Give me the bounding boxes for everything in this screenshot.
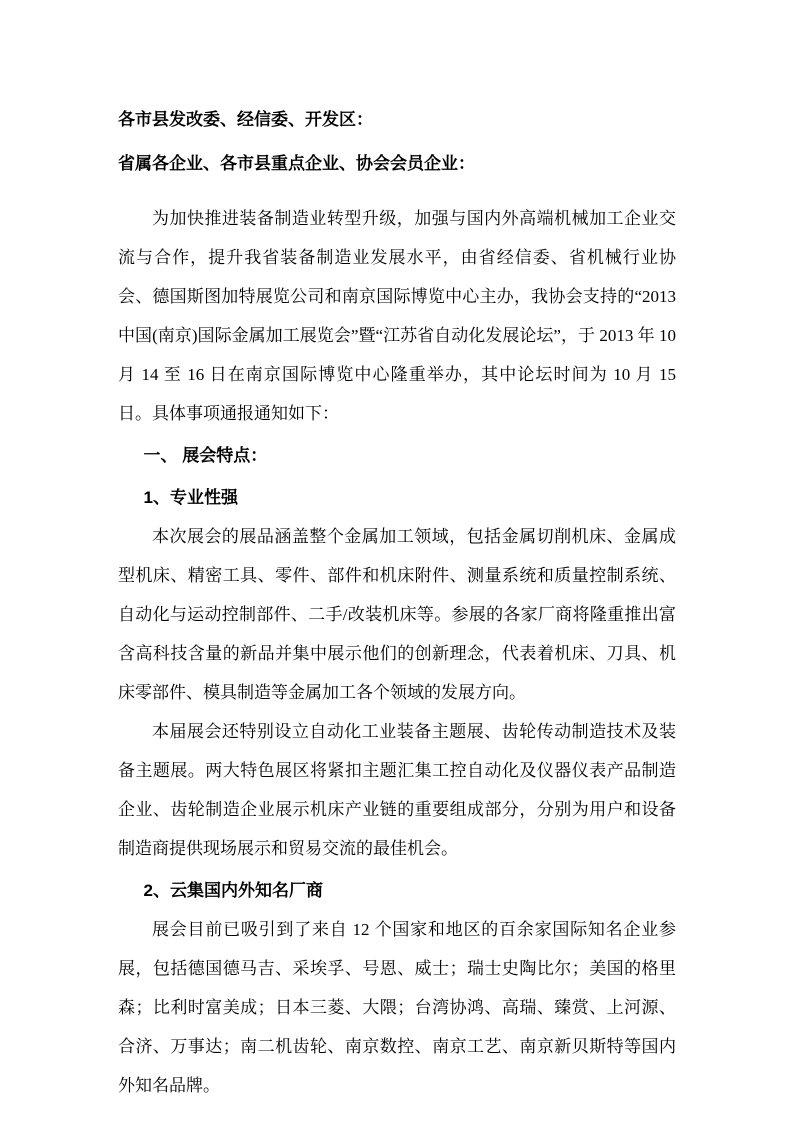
section-heading: 2、云集国内外知名厂商	[118, 871, 676, 910]
body-paragraph: 展会目前已吸引到了来自 12 个国家和地区的百余家国际知名企业参展，包括德国德马…	[118, 910, 676, 1105]
document-page: 各市县发改委、经信委、开发区： 省属各企业、各市县重点企业、协会会员企业： 为加…	[0, 0, 794, 1123]
body-paragraph: 本次展会的展品涵盖整个金属加工领域，包括金属切削机床、金属成型机床、精密工具、零…	[118, 517, 676, 712]
salutation-line-2: 省属各企业、各市县重点企业、协会会员企业：	[118, 145, 676, 183]
body-paragraph: 本届展会还特别设立自动化工业装备主题展、齿轮传动制造技术及装备主题展。两大特色展…	[118, 712, 676, 868]
section-heading: 1、专业性强	[118, 478, 676, 517]
section-heading: 一、 展会特点：	[118, 436, 676, 475]
body-paragraph: 为加快推进装备制造业转型升级，加强与国内外高端机械加工企业交流与合作，提升我省装…	[118, 199, 676, 433]
document-body: 为加快推进装备制造业转型升级，加强与国内外高端机械加工企业交流与合作，提升我省装…	[118, 199, 676, 1105]
salutation-line-1: 各市县发改委、经信委、开发区：	[118, 101, 676, 139]
